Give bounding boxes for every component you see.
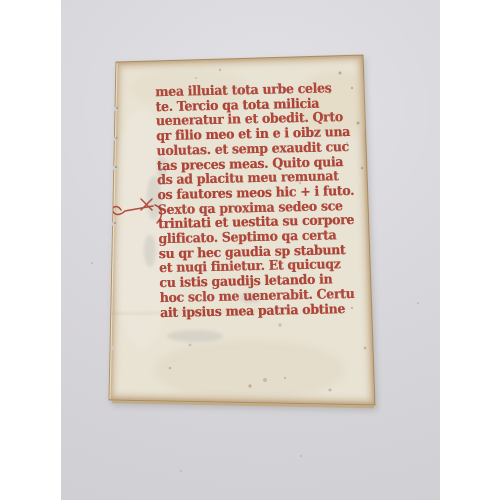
text-block: mea illuiat tota urbe celeste. Tercio qa… <box>155 80 378 320</box>
dust-speck <box>417 302 419 304</box>
photo-backdrop: mea illuiat tota urbe celeste. Tercio qa… <box>61 0 440 500</box>
dust-speck <box>300 455 302 457</box>
dust-speck <box>91 262 93 264</box>
dust-speck <box>180 470 182 472</box>
photo-frame: mea illuiat tota urbe celeste. Tercio qa… <box>0 0 500 500</box>
